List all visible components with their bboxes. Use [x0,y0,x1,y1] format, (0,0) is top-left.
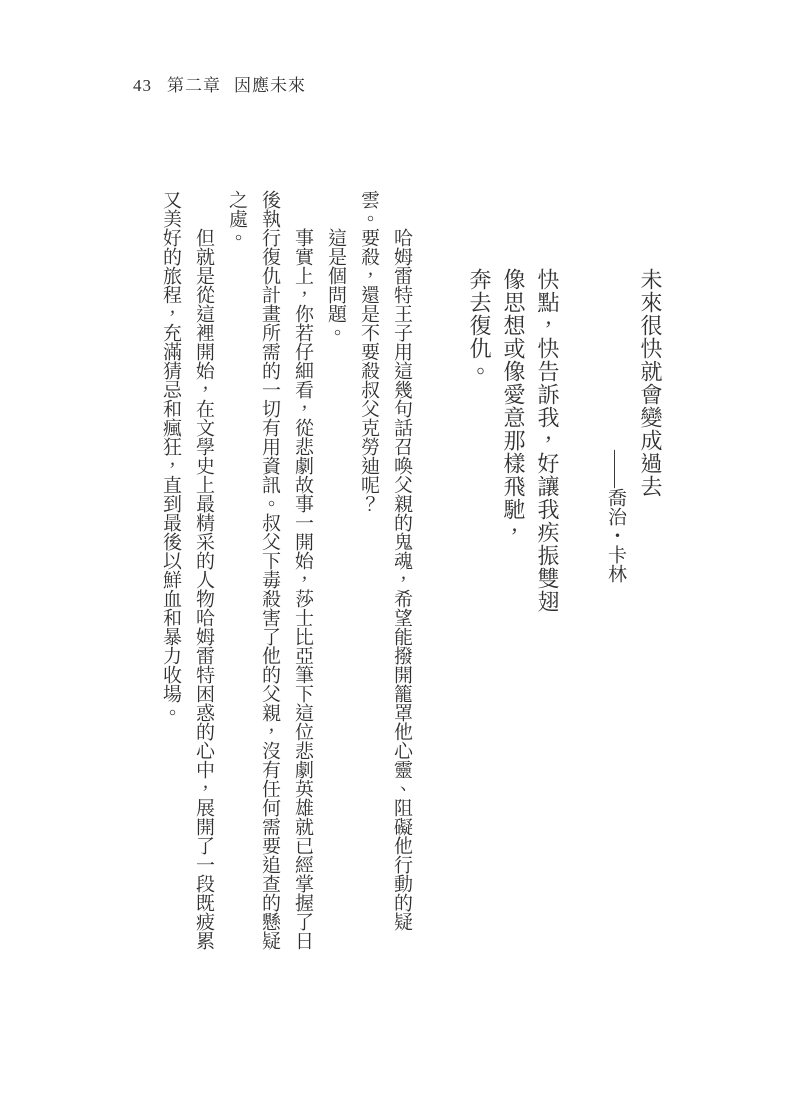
body-text: 哈姆雷特王子用這幾句話召喚父親的鬼魂，希望能撥開籠罩他心靈、阻礙他行動的疑雲。要… [154,190,418,962]
page-number: 43 [133,76,152,95]
running-head: 43第二章因應未來 [133,71,306,96]
page-content: 未來很快就會變成過去 ——喬治・卡林 快點，快告訴我，好讓我疾振雙翅 像思想或像… [154,190,667,962]
body-paragraph: 這是個問題。 [319,190,352,962]
epigraph-attribution: ——喬治・卡林 [597,268,633,962]
body-paragraph: 但就是從這裡開始，在文學史上最精采的人物哈姆雷特困惑的心中，展開了一段既疲累又美… [154,190,220,962]
poem-line: 奔去復仇。 [462,268,496,962]
poem-line: 快點，快告訴我，好讓我疾振雙翅 [530,268,564,962]
chapter-label: 第二章 [167,76,221,95]
body-paragraph: 事實上，你若仔細看，從悲劇故事一開始，莎士比亞筆下這位悲劇英雄就已經掌握了日後執… [220,190,319,962]
epigraph-quote-line: 未來很快就會變成過去 [633,268,667,962]
chapter-title: 因應未來 [234,76,306,95]
body-paragraph: 哈姆雷特王子用這幾句話召喚父親的鬼魂，希望能撥開籠罩他心靈、阻礙他行動的疑雲。要… [352,190,418,962]
poem-line: 像思想或像愛意那樣飛馳， [496,268,530,962]
epigraph: 未來很快就會變成過去 ——喬治・卡林 快點，快告訴我，好讓我疾振雙翅 像思想或像… [462,190,667,962]
